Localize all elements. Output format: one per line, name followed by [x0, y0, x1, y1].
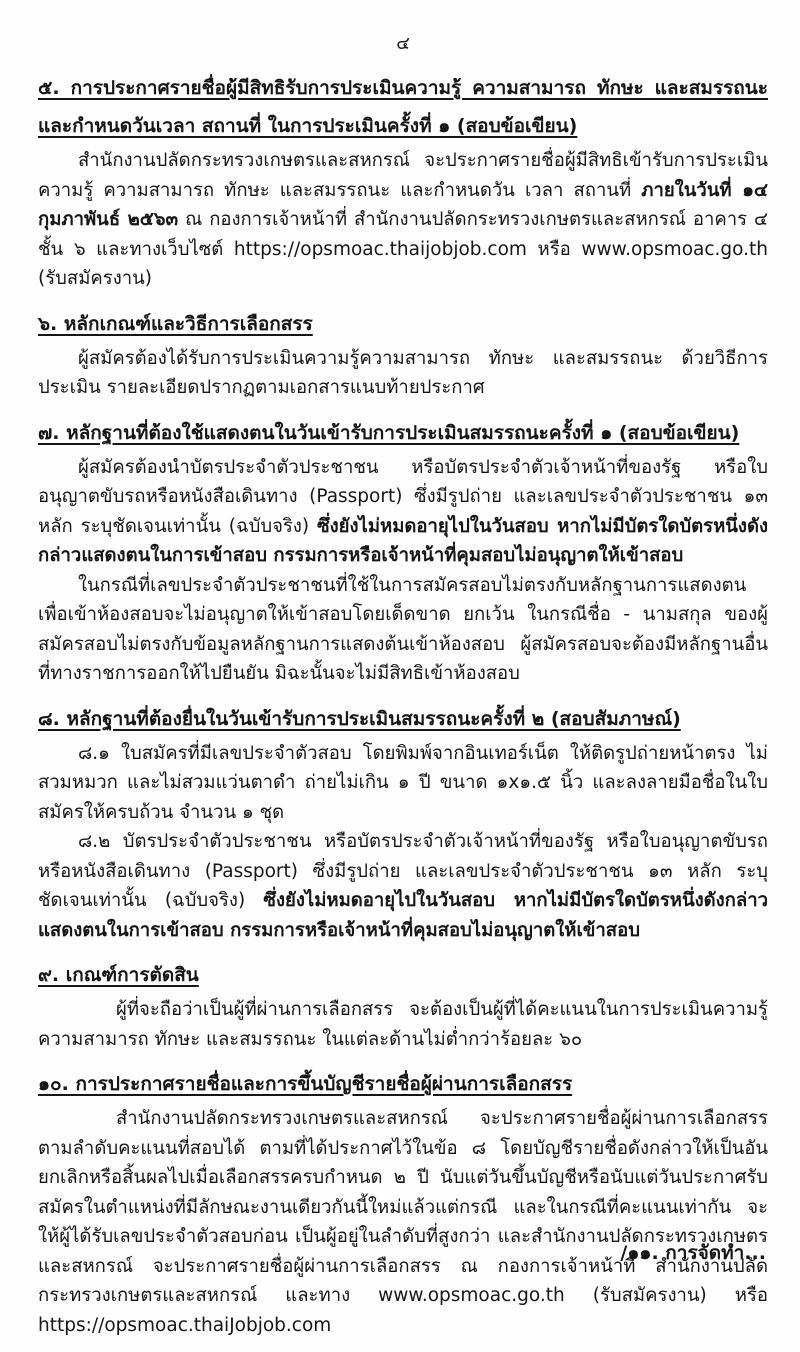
- section-5-body: สำนักงานปลัดกระทรวงเกษตรและสหกรณ์ จะประก…: [38, 146, 768, 294]
- section-7-paragraph-2: ในกรณีที่เลขประจำตัวประชาชนที่ใช้ในการสม…: [38, 571, 768, 689]
- section-8: ๘. หลักฐานที่ต้องยื่นในวันเข้ารับการประเ…: [38, 700, 768, 946]
- section-6: ๖. หลักเกณฑ์และวิธีการเลือกสรร ผู้สมัครต…: [38, 305, 768, 403]
- section-7: ๗. หลักฐานที่ต้องใช้แสดงตนในวันเข้ารับกา…: [38, 414, 768, 689]
- section-7-paragraph-1: ผู้สมัครต้องนำบัตรประจำตัวประชาชน หรือบั…: [38, 453, 768, 571]
- section-6-body: ผู้สมัครต้องได้รับการประเมินความรู้ความส…: [38, 344, 768, 403]
- section-10-heading: ๑๐. การประกาศรายชื่อและการขึ้นบัญชีรายชื…: [38, 1065, 768, 1103]
- section-8-item-2: ๘.๒ บัตรประจำตัวประชาชน หรือบัตรประจำตัว…: [38, 827, 768, 945]
- section-9-body: ผู้ที่จะถือว่าเป็นผู้ที่ผ่านการเลือกสรร …: [38, 995, 768, 1054]
- section-9: ๙. เกณฑ์การตัดสิน ผู้ที่จะถือว่าเป็นผู้ท…: [38, 956, 768, 1054]
- continuation-marker: /๑๑. การจัดทำ...: [620, 1238, 766, 1268]
- section-5: ๕. การประกาศรายชื่อผู้มีสิทธิรับการประเม…: [38, 69, 768, 294]
- section-6-heading: ๖. หลักเกณฑ์และวิธีการเลือกสรร: [38, 305, 768, 343]
- page-number: ๔: [38, 30, 768, 58]
- section-8-heading: ๘. หลักฐานที่ต้องยื่นในวันเข้ารับการประเ…: [38, 700, 768, 738]
- section-8-item-1: ๘.๑ ใบสมัครที่มีเลขประจำตัวสอบ โดยพิมพ์จ…: [38, 739, 768, 828]
- section-9-heading: ๙. เกณฑ์การตัดสิน: [38, 956, 768, 994]
- section-10-body: สำนักงานปลัดกระทรวงเกษตรและสหกรณ์ จะประก…: [38, 1104, 768, 1340]
- section-5-heading: ๕. การประกาศรายชื่อผู้มีสิทธิรับการประเม…: [38, 69, 768, 145]
- section-7-heading: ๗. หลักฐานที่ต้องใช้แสดงตนในวันเข้ารับกา…: [38, 414, 768, 452]
- document-page: ๔ ๕. การประกาศรายชื่อผู้มีสิทธิรับการประ…: [0, 0, 800, 1352]
- section-10: ๑๐. การประกาศรายชื่อและการขึ้นบัญชีรายชื…: [38, 1065, 768, 1340]
